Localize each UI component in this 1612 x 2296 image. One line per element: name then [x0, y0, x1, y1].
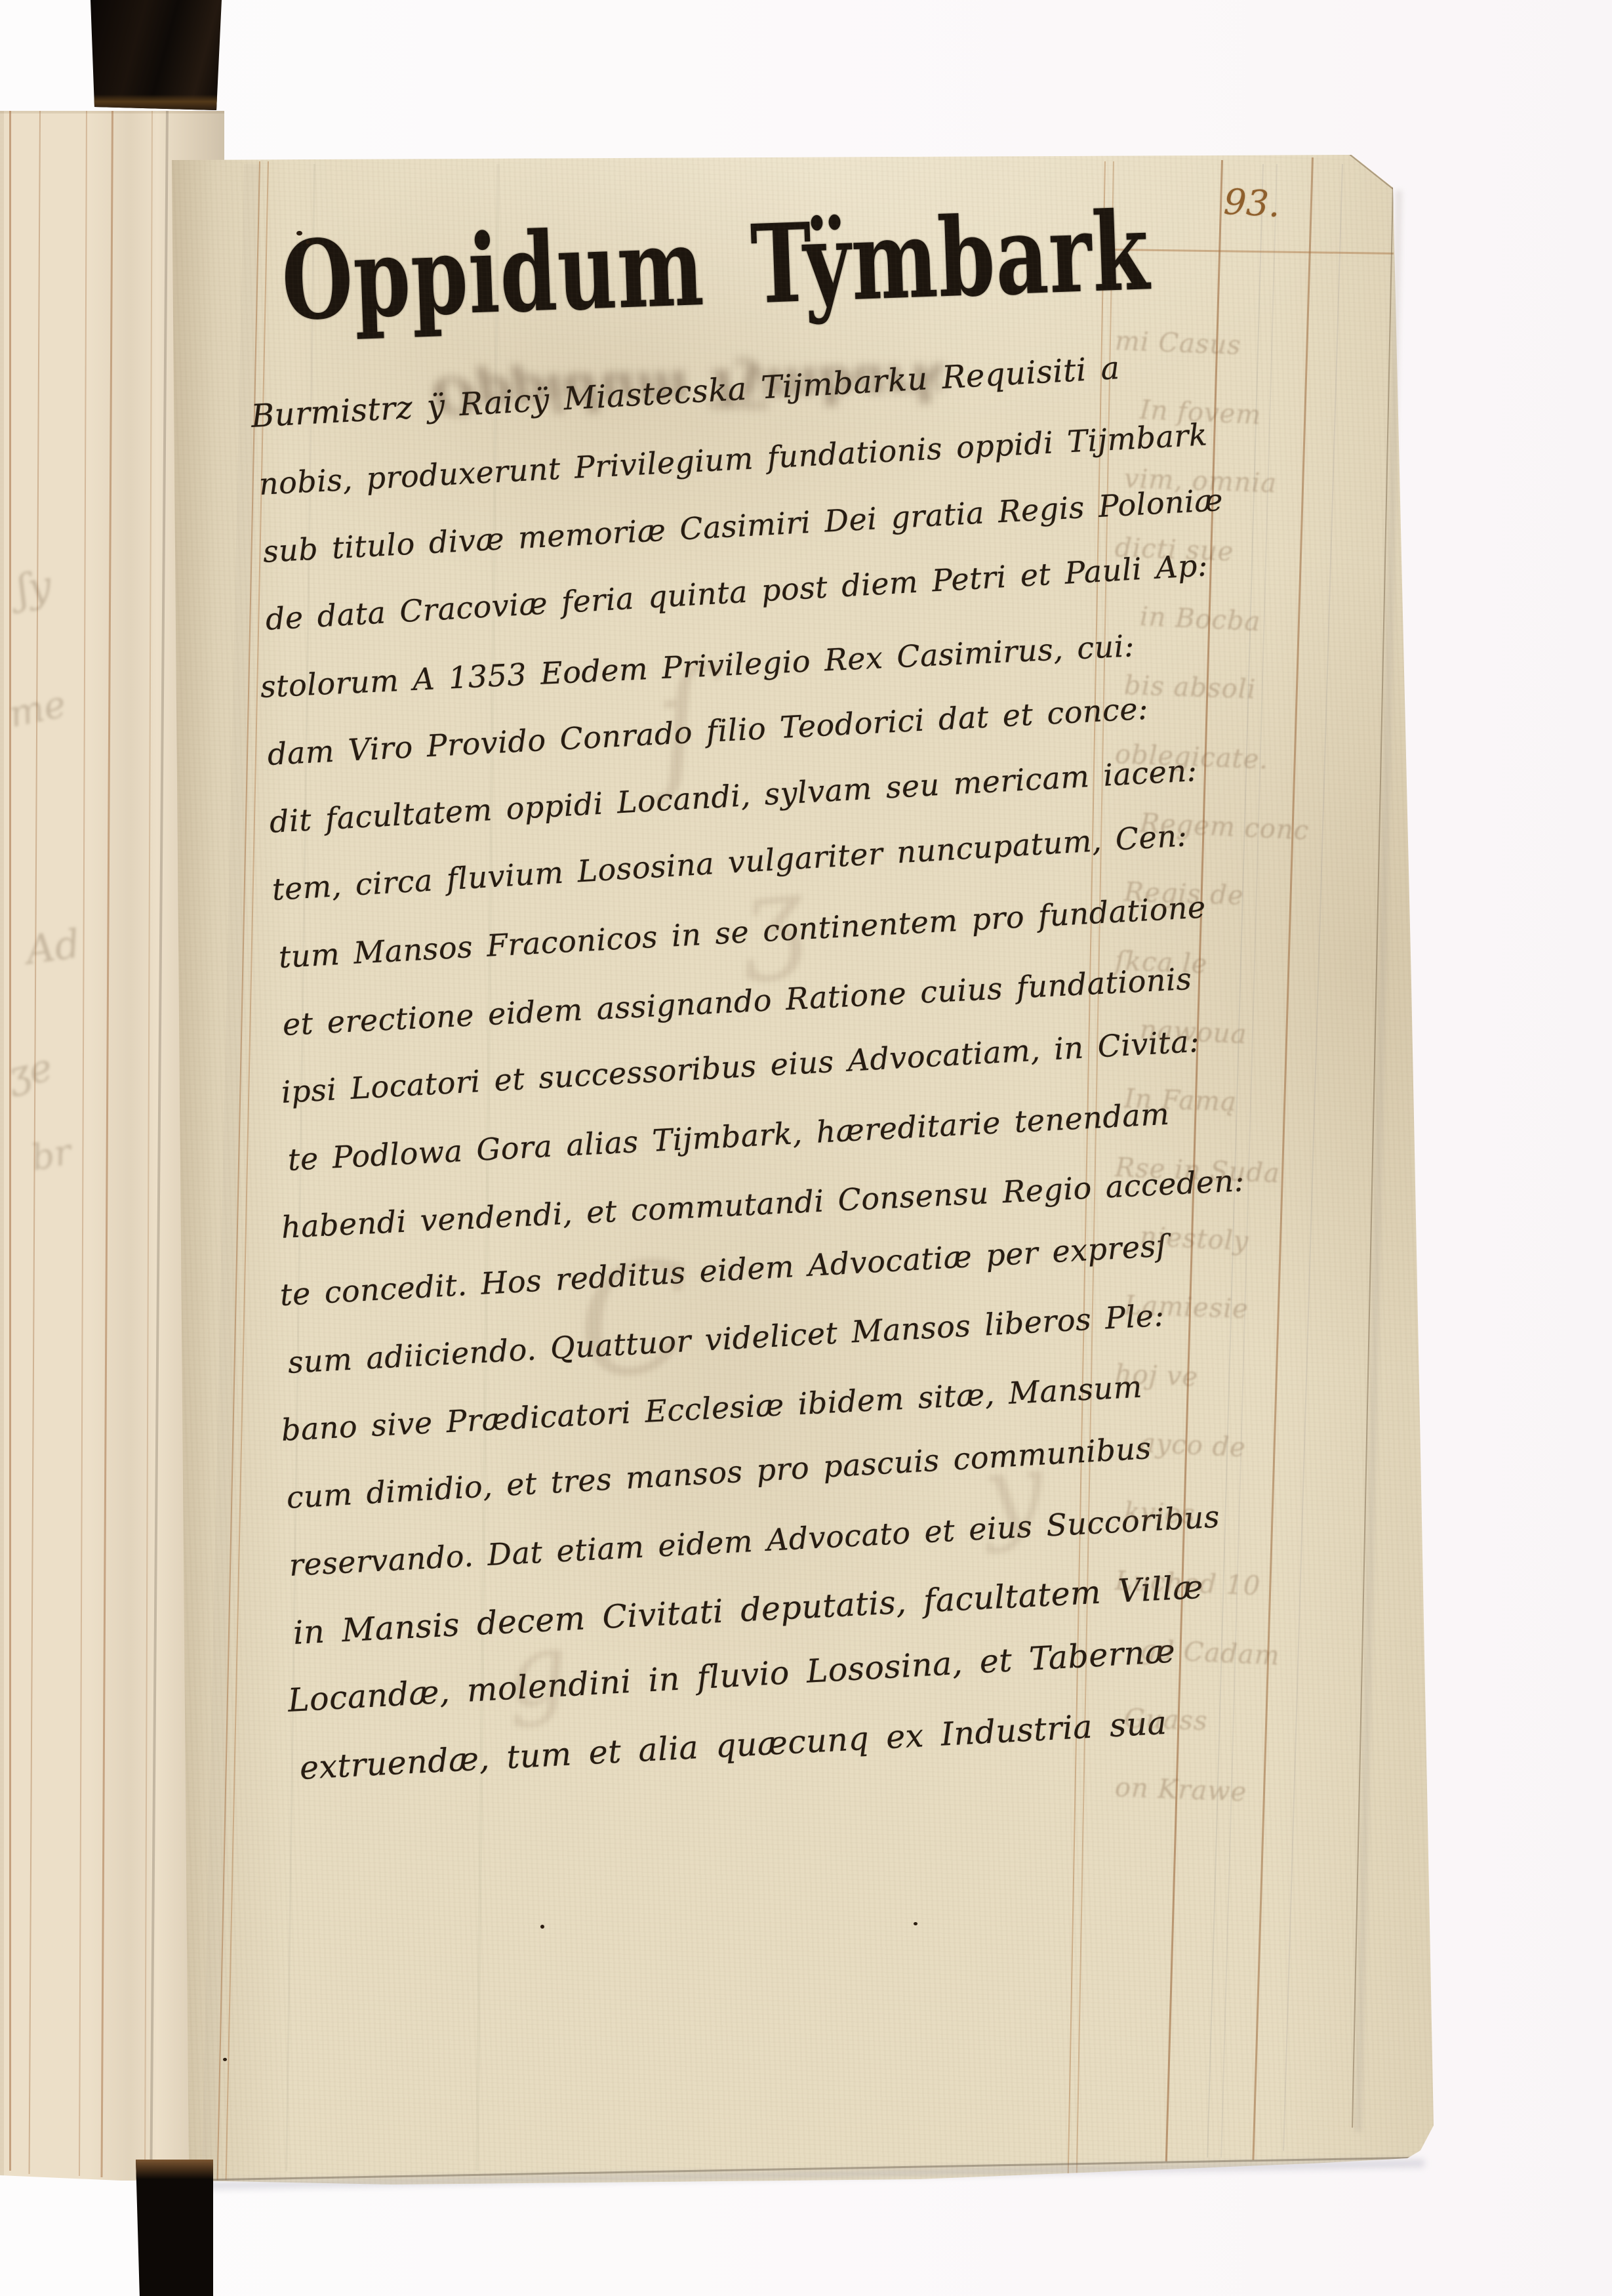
- bleedthrough-mark: me: [5, 683, 70, 737]
- bleedthrough-fragment: In Famą: [1123, 1065, 1392, 1142]
- ruling-line: [101, 111, 113, 2177]
- ink-speck: [914, 1922, 917, 1925]
- page-fold-crease: [150, 111, 169, 2179]
- bleedthrough-fragment: on Krawe: [1114, 1753, 1393, 1832]
- bleedthrough-fragment: Guass: [1123, 1685, 1392, 1762]
- page-top-edge: [169, 152, 1355, 159]
- ink-speck: [223, 2058, 227, 2061]
- bleedthrough-fragment: Lamiesie: [1123, 1271, 1392, 1349]
- bleedthrough-fragment: vim, omnia: [1123, 445, 1392, 522]
- page-title: Oppidum Tÿmbark: [280, 188, 1152, 346]
- bleedthrough-fragment: Regis de: [1123, 858, 1392, 935]
- bleedthrough-fragment: nawoua: [1138, 996, 1393, 1076]
- bleedthrough-fragment: ayco de: [1138, 1409, 1393, 1489]
- bleedthrough-mark: ʒ: [735, 850, 811, 986]
- ruling-line: [79, 111, 87, 2176]
- bleedthrough-mark: y: [977, 1427, 1049, 1555]
- bleedthrough-fragment: ſkca le: [1114, 927, 1393, 1006]
- ink-speck: [540, 1925, 544, 1929]
- manuscript-page: 93. Oppidum Tÿmbark Oppidum Tÿmbark Burm…: [0, 0, 1612, 2296]
- bleedthrough-mark: Ad: [24, 921, 83, 974]
- bleedthrough-mark: g: [499, 1610, 574, 1731]
- corner-fold: [1350, 154, 1394, 190]
- bleedthrough-fragment: In fovem: [1138, 376, 1393, 456]
- bleedthrough-fragment: in Bocba: [1138, 583, 1393, 663]
- bleedthrough-column: mi CasusIn fovemvim, omniadicti suein Bo…: [1110, 307, 1392, 1822]
- bleedthrough-mark: ʃy: [14, 561, 55, 613]
- binding-strip-bottom: [136, 2160, 213, 2296]
- bleedthrough-fragment: dicti sue: [1114, 514, 1393, 592]
- page-bottom-edge: [188, 2157, 1414, 2181]
- bleedthrough-fragment: kvies: [1123, 1478, 1392, 1555]
- bleedthrough-fragment: hoj ve: [1114, 1340, 1393, 1419]
- bleedthrough-fragment: mi Casus: [1114, 307, 1393, 386]
- ink-speck: [306, 240, 310, 244]
- bleedthrough-fragment: oblegicate.: [1114, 720, 1393, 799]
- binding-strip-top: [91, 0, 222, 110]
- bleedthrough-mark: C: [569, 1228, 702, 1414]
- ruling-line-horizontal: [1113, 249, 1394, 255]
- ruling-line: [9, 111, 11, 2171]
- bleedthrough-fragment: gd Cadam: [1138, 1616, 1393, 1696]
- bleedthrough-fragment: Rse in Suda: [1114, 1134, 1393, 1212]
- bleedthrough-fragment: Luched 10: [1114, 1547, 1393, 1626]
- bleedthrough-fragment: bis absoli: [1123, 651, 1392, 729]
- body-text: Burmistrz ÿ Raicÿ Miastecska Tijmbarku R…: [251, 383, 1235, 1802]
- bleedthrough-fragment: niestoly: [1138, 1202, 1393, 1282]
- page-number: 93.: [1222, 181, 1281, 225]
- bleedthrough-fragment: Regem conc: [1138, 789, 1393, 869]
- bleedthrough-mark: br: [28, 1131, 74, 1179]
- ink-speck: [296, 231, 302, 236]
- scanned-page: ʃy me Ad ʒe br 93. Oppidum Tÿmbark Oppid…: [0, 0, 1612, 2296]
